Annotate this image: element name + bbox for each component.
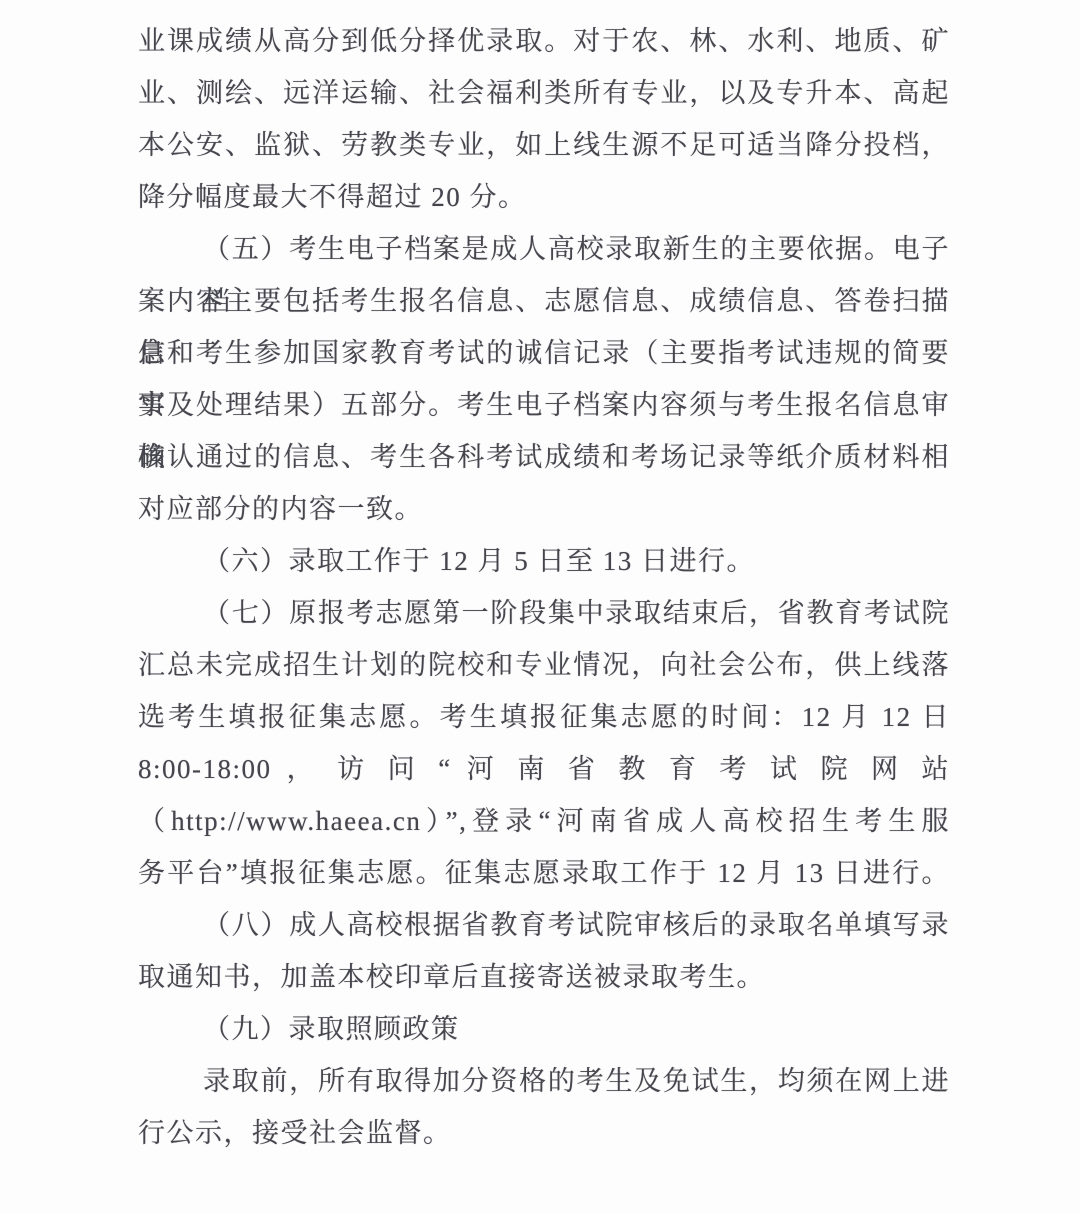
text-line: （http://www.haeea.cn）”,登录“河南省成人高校招生考生服: [138, 795, 950, 847]
text-line: 取通知书，加盖本校印章后直接寄送被录取考生。: [138, 951, 950, 1003]
document-body: 业课成绩从高分到低分择优录取。对于农、林、水利、地质、矿业、测绘、远洋运输、社会…: [138, 15, 950, 1159]
text-line: 确认通过的信息、考生各科考试成绩和考场记录等纸介质材料相: [138, 431, 950, 483]
text-line: 业、测绘、远洋运输、社会福利类所有专业，以及专升本、高起: [138, 67, 950, 119]
text-line: 选考生填报征集志愿。考生填报征集志愿的时间：12 月 12 日: [138, 691, 950, 743]
text-line: 行公示，接受社会监督。: [138, 1107, 950, 1159]
text-line: 8:00-18:00 ， 访 问 “ 河 南 省 教 育 考 试 院 网 站: [138, 743, 950, 795]
text-line: 业课成绩从高分到低分择优录取。对于农、林、水利、地质、矿: [138, 15, 950, 67]
text-line: 录取前，所有取得加分资格的考生及免试生，均须在网上进: [138, 1055, 950, 1107]
text-line: （九）录取照顾政策: [138, 1003, 950, 1055]
text-line: 汇总未完成招生计划的院校和专业情况，向社会公布，供上线落: [138, 639, 950, 691]
text-line: （六）录取工作于 12 月 5 日至 13 日进行。: [138, 535, 950, 587]
text-line: （七）原报考志愿第一阶段集中录取结束后，省教育考试院: [138, 587, 950, 639]
text-line: 降分幅度最大不得超过 20 分。: [138, 171, 950, 223]
text-line: 实及处理结果）五部分。考生电子档案内容须与考生报名信息审核: [138, 379, 950, 431]
text-line: 务平台”填报征集志愿。征集志愿录取工作于 12 月 13 日进行。: [138, 847, 950, 899]
text-line: 案内容主要包括考生报名信息、志愿信息、成绩信息、答卷扫描信: [138, 275, 950, 327]
document-page: 业课成绩从高分到低分择优录取。对于农、林、水利、地质、矿业、测绘、远洋运输、社会…: [0, 0, 1080, 1213]
text-line: 本公安、监狱、劳教类专业，如上线生源不足可适当降分投档，: [138, 119, 950, 171]
text-line: （八）成人高校根据省教育考试院审核后的录取名单填写录: [138, 899, 950, 951]
text-line: （五）考生电子档案是成人高校录取新生的主要依据。电子档: [138, 223, 950, 275]
text-line: 对应部分的内容一致。: [138, 483, 950, 535]
text-line: 息和考生参加国家教育考试的诚信记录（主要指考试违规的简要事: [138, 327, 950, 379]
